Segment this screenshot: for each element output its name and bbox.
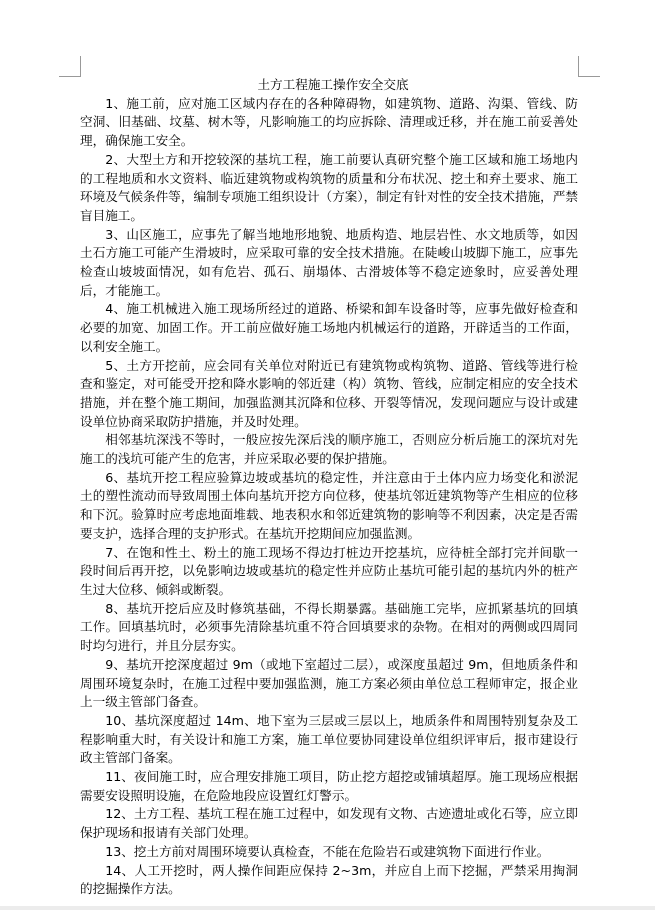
paragraph-5: 5、土方开挖前，应会同有关单位对附近已有建筑物或构筑物、道路、管线等进行检查和鉴… (80, 357, 578, 432)
paragraph-1: 1、施工前，应对施工区域内存在的各种障碍物，如建筑物、道路、沟渠、管线、防空洞、… (80, 95, 578, 151)
paragraph-10: 10、基坑深度超过 14m、地下室为三层或三层以上，地质条件和周围特别复杂及工程… (80, 712, 578, 768)
document-body: 土方工程施工操作安全交底 1、施工前，应对施工区域内存在的各种障碍物，如建筑物、… (80, 76, 578, 899)
page-bottom-edge (0, 906, 655, 910)
paragraph-8: 8、基坑开挖后应及时修筑基础，不得长期暴露。基础施工完毕，应抓紧基坑的回填工作。… (80, 600, 578, 656)
page-corner-mark-top-right (578, 56, 600, 77)
paragraph-9: 9、基坑开挖深度超过 9m（或地下室超过二层），或深度虽超过 9m，但地质条件和… (80, 656, 578, 712)
paragraph-5-supplement: 相邻基坑深浅不等时，一般应按先深后浅的顺序施工，否则应分析后施工的深坑对先施工的… (80, 431, 578, 468)
paragraph-6: 6、基坑开挖工程应验算边坡或基坑的稳定性，并注意由于土体内应力场变化和淤泥土的塑… (80, 469, 578, 544)
paragraph-3: 3、山区施工，应事先了解当地地形地貌、地质构造、地层岩性、水文地质等，如因土石方… (80, 226, 578, 301)
paragraph-4: 4、施工机械进入施工现场所经过的道路、桥梁和卸车设备时等，应事先做好检查和必要的… (80, 300, 578, 356)
paragraph-13: 13、挖土方前对周围环境要认真检查，不能在危险岩石或建筑物下面进行作业。 (80, 843, 578, 862)
page-corner-mark-top-left (59, 56, 81, 77)
paragraph-12: 12、土方工程、基坑工程在施工过程中，如发现有文物、古迹遗址或化石等，应立即保护… (80, 805, 578, 842)
paragraph-11: 11、夜间施工时，应合理安排施工项目，防止挖方超挖或铺填超厚。施工现场应根据需要… (80, 768, 578, 805)
paragraph-14: 14、人工开挖时，两人操作间距应保持 2~3m，并应自上而下挖掘，严禁采用掏洞的… (80, 862, 578, 899)
document-title: 土方工程施工操作安全交底 (80, 76, 578, 95)
paragraph-7: 7、在饱和性土、粉土的施工现场不得边打桩边开挖基坑，应待桩全部打完并间歇一段时间… (80, 544, 578, 600)
paragraph-2: 2、大型土方和开挖较深的基坑工程，施工前要认真研究整个施工区域和施工场地内的工程… (80, 151, 578, 226)
